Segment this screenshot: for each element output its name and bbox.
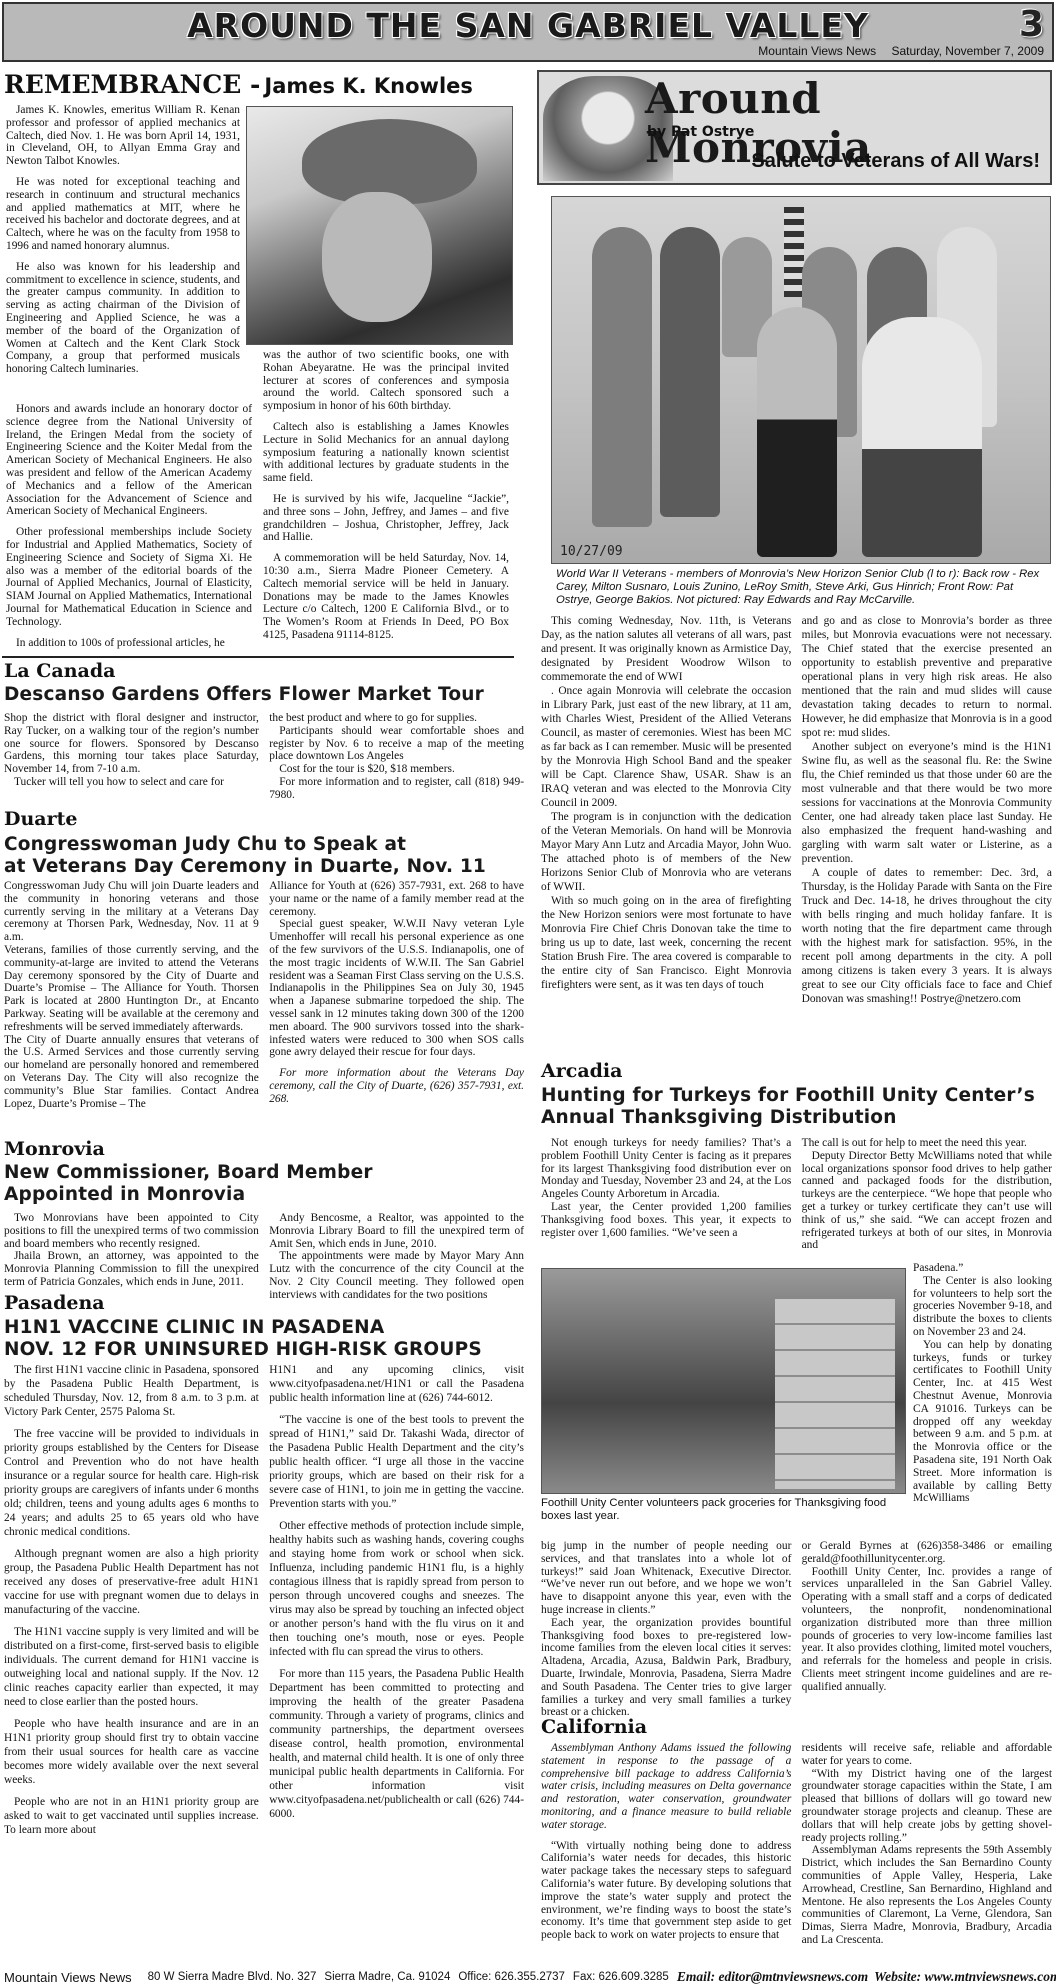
headline-descanso: Descanso Gardens Offers Flower Market To… <box>4 684 524 706</box>
column-right: residents will receive safe, reliable an… <box>802 1742 1052 1947</box>
remembrance-heading: REMEMBRANCE - James K. Knowles <box>4 70 524 98</box>
paragraph: Other professional memberships include S… <box>6 526 252 628</box>
paragraph: He was noted for exceptional teaching an… <box>6 176 240 253</box>
paragraph: Not enough turkeys for needy families? T… <box>541 1137 791 1201</box>
paragraph: Last year, the Center provided 1,200 fam… <box>541 1201 791 1239</box>
arcadia-side-column: Pasadena.” The Center is also looking fo… <box>913 1262 1052 1505</box>
food-distribution-photo <box>541 1268 906 1494</box>
veterans-group-photo: 10/27/09 <box>551 196 1051 564</box>
masthead: AROUND THE SAN GABRIEL VALLEY 3 Mountain… <box>2 2 1054 62</box>
boxes-shape <box>775 1299 895 1489</box>
column-left: Not enough turkeys for needy families? T… <box>541 1137 791 1252</box>
remembrance-name: James K. Knowles <box>264 74 472 98</box>
paragraph: He also was known for his leadership and… <box>6 261 240 376</box>
knowles-portrait-photo <box>246 106 513 345</box>
paragraph: Participants should wear comfortable sho… <box>269 725 524 763</box>
paragraph: Caltech also is establishing a James Kno… <box>263 421 509 485</box>
article-california: California Assemblyman Anthony Adams iss… <box>541 1716 1052 1947</box>
masthead-meta: Mountain Views News Saturday, November 7… <box>746 44 1044 58</box>
paragraph: Deputy Director Betty McWilliams noted t… <box>802 1150 1052 1252</box>
article-body: Assemblyman Anthony Adams issued the fol… <box>541 1742 1052 1947</box>
headline-monrovia-2: Appointed in Monrovia <box>4 1184 524 1206</box>
paragraph-intro: Assemblyman Anthony Adams issued the fol… <box>541 1742 791 1832</box>
article-duarte: Duarte Congresswoman Judy Chu to Speak a… <box>4 808 524 1110</box>
person-shape <box>660 227 720 517</box>
face-shape <box>322 192 432 322</box>
paragraph: Each year, the organization provides bou… <box>541 1617 791 1719</box>
paragraph: Veterans, families of those currently se… <box>4 944 259 1034</box>
footer-email: Email: editor@mtnviewsnews.com <box>677 1969 868 1985</box>
paragraph: The call is out for help to meet the nee… <box>802 1137 1052 1150</box>
footer-office-phone: Office: 626.355.2737 <box>458 1971 565 1983</box>
page-footer: Mountain Views News 80 W Sierra Madre Bl… <box>4 1968 1052 1986</box>
article-body: The first H1N1 vaccine clinic in Pasaden… <box>4 1363 524 1837</box>
around-monrovia-body: This coming Wednesday, Nov. 11th, is Vet… <box>541 614 1052 1006</box>
hat-shape <box>302 119 477 204</box>
page-number: 3 <box>1019 4 1044 45</box>
headline-duarte-1: Congresswoman Judy Chu to Speak at <box>4 834 524 856</box>
paragraph: People who have health insurance and are… <box>4 1717 259 1787</box>
paragraph: or Gerald Byrnes at (626)358-3486 or ema… <box>802 1540 1052 1566</box>
column-right: the best product and where to go for sup… <box>269 712 524 802</box>
footer-address: 80 W Sierra Madre Blvd. No. 327 <box>148 1971 317 1983</box>
column-right: or Gerald Byrnes at (626)358-3486 or ema… <box>802 1540 1052 1719</box>
publication-name: Mountain Views News <box>758 44 876 58</box>
article-remembrance: REMEMBRANCE - James K. Knowles <box>4 70 524 98</box>
paragraph: The H1N1 vaccine supply is very limited … <box>4 1625 259 1709</box>
paragraph: A commemoration will be held Saturday, N… <box>263 552 509 642</box>
section-label-california: California <box>541 1716 1052 1738</box>
article-body: Congresswoman Judy Chu will join Duarte … <box>4 880 524 1110</box>
paragraph: Special guest speaker, W.W.II Navy veter… <box>269 918 524 1059</box>
paragraph: With so much going on in the area of fir… <box>541 894 791 992</box>
paragraph: Cost for the tour is $20, $18 members. <box>269 763 524 776</box>
column-right: H1N1 and any upcoming clinics, visit www… <box>269 1363 524 1837</box>
section-label-pasadena: Pasadena <box>4 1292 524 1314</box>
paragraph: Congresswoman Judy Chu will join Duarte … <box>4 880 259 944</box>
article-body-top: Not enough turkeys for needy families? T… <box>541 1137 1052 1252</box>
person-shape <box>592 227 652 527</box>
paragraph: Andy Bencosme, a Realtor, was appointed … <box>269 1212 524 1250</box>
paragraph: In addition to 100s of professional arti… <box>6 637 252 650</box>
issue-date: Saturday, November 7, 2009 <box>891 44 1044 58</box>
column-left: Two Monrovians have been appointed to Ci… <box>4 1212 259 1302</box>
footer-website: Website: www.mtnviewsnews.com <box>874 1969 1056 1985</box>
paragraph: Other effective methods of protection in… <box>269 1519 524 1659</box>
around-monrovia-banner: Around Monrovia by Pat Ostrye Salute to … <box>537 70 1052 185</box>
column-right: and go and as close to Monrovia’s border… <box>802 614 1052 1006</box>
paragraph-note: For more information about the Veterans … <box>269 1067 524 1105</box>
paragraph: H1N1 and any upcoming clinics, visit www… <box>269 1363 524 1405</box>
column-right: Andy Bencosme, a Realtor, was appointed … <box>269 1212 524 1302</box>
paragraph: This coming Wednesday, Nov. 11th, is Vet… <box>541 614 791 684</box>
person-shape <box>757 307 837 557</box>
remembrance-col-1b: Honors and awards include an honorary do… <box>6 403 252 649</box>
article-body: Two Monrovians have been appointed to Ci… <box>4 1212 524 1302</box>
paragraph: Shop the district with floral designer a… <box>4 712 259 776</box>
paragraph: big jump in the number of people needing… <box>541 1540 791 1617</box>
paragraph: “With my District having one of the larg… <box>802 1768 1052 1845</box>
section-title: AROUND THE SAN GABRIEL VALLEY <box>4 6 1052 45</box>
paragraph: Jhaila Brown, an attorney, was appointed… <box>4 1250 259 1288</box>
paragraph: was the author of two scientific books, … <box>263 349 509 413</box>
column-subtitle: Salute to Veterans of All Wars! <box>751 150 1040 173</box>
footer-city: Sierra Madre, Ca. 91024 <box>324 1971 450 1983</box>
paragraph: James K. Knowles, emeritus William R. Ke… <box>6 104 240 168</box>
food-photo-caption: Foothill Unity Center volunteers pack gr… <box>541 1497 911 1523</box>
paragraph: Although pregnant women are also a high … <box>4 1547 259 1617</box>
headline-pasadena-2: NOV. 12 FOR UNINSURED HIGH-RISK GROUPS <box>4 1339 524 1361</box>
article-arcadia: Arcadia Hunting for Turkeys for Foothill… <box>541 1060 1052 1252</box>
article-pasadena: Pasadena H1N1 VACCINE CLINIC IN PASADENA… <box>4 1292 524 1837</box>
remembrance-label: REMEMBRANCE - <box>4 70 260 99</box>
remembrance-col-2: was the author of two scientific books, … <box>263 349 509 642</box>
column-left: Assemblyman Anthony Adams issued the fol… <box>541 1742 791 1947</box>
paragraph: Tucker will tell you how to select and c… <box>4 776 259 789</box>
paragraph: . Once again Monrovia will celebrate the… <box>541 684 791 810</box>
paragraph: People who are not in an H1N1 priority g… <box>4 1795 259 1837</box>
paragraph: the best product and where to go for sup… <box>269 712 524 725</box>
paragraph: The Center is also looking for volunteer… <box>913 1275 1052 1339</box>
paragraph: “With virtually nothing being done to ad… <box>541 1840 791 1942</box>
article-body: Shop the district with floral designer a… <box>4 712 524 802</box>
paragraph: Assemblyman Adams represents the 59th As… <box>802 1844 1052 1946</box>
article-la-canada: La Canada Descanso Gardens Offers Flower… <box>4 660 524 802</box>
paragraph: The first H1N1 vaccine clinic in Pasaden… <box>4 1363 259 1419</box>
veterans-photo-caption: World War II Veterans - members of Monro… <box>556 568 1050 606</box>
headline-pasadena-1: H1N1 VACCINE CLINIC IN PASADENA <box>4 1317 524 1339</box>
headline-monrovia-1: New Commissioner, Board Member <box>4 1162 524 1184</box>
paragraph: Foothill Unity Center, Inc. provides a r… <box>802 1566 1052 1694</box>
arcadia-body-bottom: big jump in the number of people needing… <box>541 1540 1052 1719</box>
section-label-la-canada: La Canada <box>4 660 524 682</box>
paragraph: Another subject on everyone’s mind is th… <box>802 740 1052 866</box>
divider <box>2 656 514 658</box>
column-right: The call is out for help to meet the nee… <box>802 1137 1052 1252</box>
section-label-duarte: Duarte <box>4 808 524 830</box>
paragraph: Pasadena.” <box>913 1262 1052 1275</box>
paragraph: The program is in conjunction with the d… <box>541 810 791 894</box>
section-label-arcadia: Arcadia <box>541 1060 1052 1082</box>
footer-fax: Fax: 626.609.3285 <box>573 1971 669 1983</box>
column-left: This coming Wednesday, Nov. 11th, is Vet… <box>541 614 791 1006</box>
headline-duarte-2: at Veterans Day Ceremony in Duarte, Nov.… <box>4 856 524 878</box>
paragraph: He is survived by his wife, Jacqueline “… <box>263 493 509 544</box>
column-left: The first H1N1 vaccine clinic in Pasaden… <box>4 1363 259 1837</box>
headline-arcadia-2: Annual Thanksgiving Distribution <box>541 1107 1052 1129</box>
column-left: Shop the district with floral designer a… <box>4 712 259 802</box>
column-byline: by Pat Ostrye <box>647 124 754 140</box>
person-shape <box>862 317 982 557</box>
paragraph: and go and as close to Monrovia’s border… <box>802 614 1052 740</box>
photo-date-stamp: 10/27/09 <box>560 544 623 559</box>
paragraph: residents will receive safe, reliable an… <box>802 1742 1052 1768</box>
paragraph: “The vaccine is one of the best tools to… <box>269 1413 524 1511</box>
column-left: Congresswoman Judy Chu will join Duarte … <box>4 880 259 1110</box>
paragraph: The City of Duarte annually ensures that… <box>4 1034 259 1111</box>
paragraph: A couple of dates to remember: Dec. 3rd,… <box>802 866 1052 1006</box>
remembrance-col-1a: James K. Knowles, emeritus William R. Ke… <box>6 104 240 376</box>
paragraph: For more information and to register, ca… <box>269 776 524 802</box>
paragraph: Two Monrovians have been appointed to Ci… <box>4 1212 259 1250</box>
column-right: Alliance for Youth at (626) 357-7931, ex… <box>269 880 524 1110</box>
paragraph: The free vaccine will be provided to ind… <box>4 1427 259 1539</box>
paragraph: For more than 115 years, the Pasadena Pu… <box>269 1667 524 1821</box>
section-label-monrovia: Monrovia <box>4 1138 524 1160</box>
article-monrovia-appointments: Monrovia New Commissioner, Board Member … <box>4 1138 524 1302</box>
column-left: big jump in the number of people needing… <box>541 1540 791 1719</box>
flag-shape <box>784 207 804 297</box>
paragraph: You can help by donating turkeys, funds … <box>913 1339 1052 1505</box>
headline-arcadia-1: Hunting for Turkeys for Foothill Unity C… <box>541 1085 1052 1107</box>
paragraph: Honors and awards include an honorary do… <box>6 403 252 518</box>
footer-brand: Mountain Views News <box>4 1970 132 1985</box>
paragraph: Alliance for Youth at (626) 357-7931, ex… <box>269 880 524 918</box>
